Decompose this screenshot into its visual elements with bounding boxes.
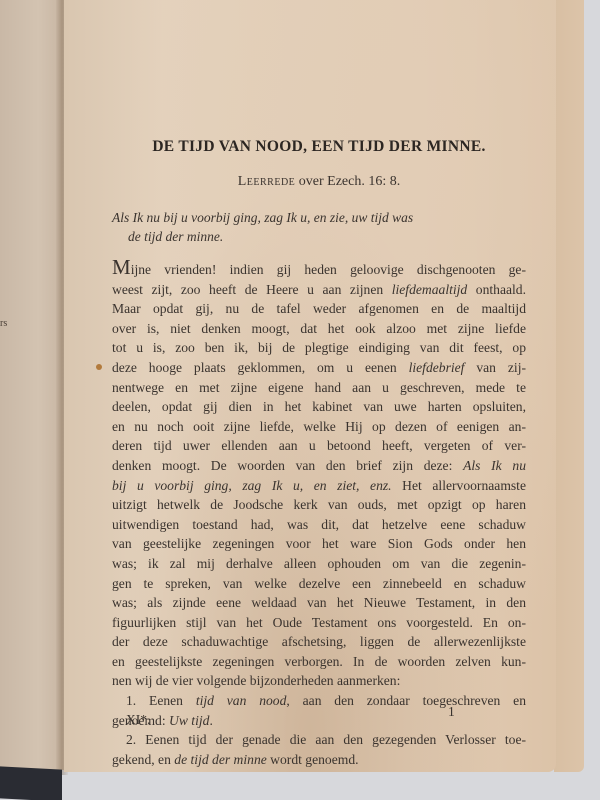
left-page-edge: rs <box>0 0 64 770</box>
emphasis-text: de tijd der minne <box>174 752 267 767</box>
text-line: Mijne vrienden! indien gij heden geloovi… <box>112 260 526 280</box>
list-item-line: gekend, en de tijd der minne wordt genoe… <box>112 750 526 770</box>
initial-letter: M <box>112 255 131 279</box>
page-edge-stack <box>554 0 584 772</box>
page-footer: XI*. 1 <box>112 704 526 724</box>
left-page-text-fragment: rs <box>0 318 7 329</box>
text-line: figuurlijken stijl van het Oude Testamen… <box>112 613 526 633</box>
text-line: Maar opdat gij, nu de tafel weder afgeno… <box>112 299 526 319</box>
text-line: tot u is, zoo ben ik, bij de plegtige ei… <box>112 338 526 358</box>
text-line: over is, niet denken moogt, dat het ook … <box>112 319 526 339</box>
text-line: gen te spreken, van welke dezelve een zi… <box>112 574 526 594</box>
text-line: uitwendigen toestand had, was dit, dat h… <box>112 515 526 535</box>
text-line: deelen, opdat gij dien in het kabinet va… <box>112 397 526 417</box>
emphasis-text: liefdemaaltijd <box>392 282 468 297</box>
signature-mark: XI*. <box>126 712 150 728</box>
text-line: van geestelijke zegeningen voor het ware… <box>112 534 526 554</box>
text-line: en nu noch ooit zijne liefde, welke Hij … <box>112 417 526 437</box>
text-line: en geestelijkste zegeningen verborgen. I… <box>112 652 526 672</box>
text-line: was; als zijnde eene weldaad van het Nie… <box>112 593 526 613</box>
emphasis-text: liefdebrief <box>409 360 465 375</box>
text-line: was; ik zal mij derhalve alleen ophouden… <box>112 554 526 574</box>
text-line: bij u voorbij ging, zag Ik u, en ziet, e… <box>112 476 526 496</box>
text-line: weest zijt, zoo heeft de Heere u aan zij… <box>112 280 526 300</box>
emphasis-text: bij u voorbij ging, zag Ik u, en ziet, e… <box>112 478 392 493</box>
text-line: denken moogt. De woorden van den brief z… <box>112 456 526 476</box>
numbered-list: 1. Eenen tijd van nood, aan den zondaar … <box>112 691 526 769</box>
text-line: deze hooge plaats geklommen, om u eenen … <box>112 358 526 378</box>
text-line: deren tijd uwer ellenden aan u betoond h… <box>112 436 526 456</box>
book-page: DE TIJD VAN NOOD, EEN TIJD DER MINNE. Le… <box>64 0 556 772</box>
text-line: nentwege en met zijne eigene hand aan u … <box>112 378 526 398</box>
body-paragraph: Mijne vrienden! indien gij heden geloovi… <box>112 260 526 691</box>
motto-line-2: de tijd der minne. <box>112 227 526 246</box>
sermon-subtitle: Leerrede over Ezech. 16: 8. <box>112 174 526 190</box>
book-cover-edge <box>0 766 62 800</box>
paper-stain <box>96 364 102 370</box>
motto-line-1: Als Ik nu bij u voorbij ging, zag Ik u, … <box>112 208 526 227</box>
list-item-line: 2. Eenen tijd der genade die aan den gez… <box>112 730 526 750</box>
emphasis-text: Als Ik nu <box>463 458 526 473</box>
scripture-motto: Als Ik nu bij u voorbij ging, zag Ik u, … <box>112 208 526 246</box>
chapter-title: DE TIJD VAN NOOD, EEN TIJD DER MINNE. <box>112 138 526 157</box>
subtitle-reference: over Ezech. 16: 8. <box>295 174 400 189</box>
text-line: der deze schaduwachtige afschetsing, lig… <box>112 632 526 652</box>
page-number: 1 <box>448 704 455 720</box>
text-line: uitzigt hetwelk de Joodsche kerk van oud… <box>112 495 526 515</box>
text-line: nen wij de vier volgende bijzonderheden … <box>112 671 526 691</box>
page-content: DE TIJD VAN NOOD, EEN TIJD DER MINNE. Le… <box>112 138 526 769</box>
subtitle-smallcaps: Leerrede <box>238 174 296 189</box>
